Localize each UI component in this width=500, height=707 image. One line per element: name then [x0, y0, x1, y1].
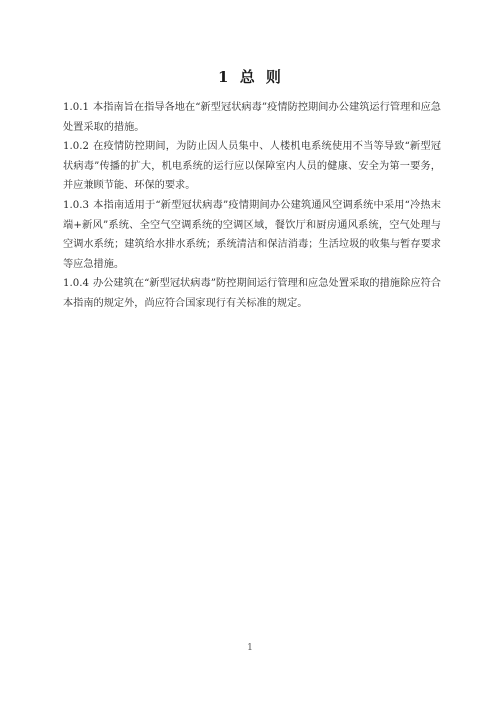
- clause-1-0-2: 1.0.2在疫情防控期间，为防止因人员集中、人楼机电系统使用不当等导致“新型冠状…: [63, 137, 441, 196]
- document-page: 1 总 则 1.0.1本指南旨在指导各地在“新型冠状病毒”疫情防控期间办公建筑运…: [0, 0, 500, 707]
- clause-1-0-4: 1.0.4办公建筑在“新型冠状病毒”防控期间运行管理和应急处置采取的措施除应符合…: [63, 274, 441, 313]
- clause-number: 1.0.2: [63, 141, 89, 152]
- clause-text: 本指南适用于“新型冠状病毒”疫情期间办公建筑通风空调系统中采用“冷热末端+新风”…: [63, 200, 441, 270]
- clause-number: 1.0.1: [63, 102, 89, 113]
- clause-number: 1.0.3: [63, 200, 89, 211]
- clause-number: 1.0.4: [63, 278, 89, 289]
- clause-text: 办公建筑在“新型冠状病毒”防控期间运行管理和应急处置采取的措施除应符合本指南的规…: [63, 278, 441, 309]
- clause-1-0-3: 1.0.3本指南适用于“新型冠状病毒”疫情期间办公建筑通风空调系统中采用“冷热末…: [63, 196, 441, 274]
- clause-text: 在疫情防控期间，为防止因人员集中、人楼机电系统使用不当等导致“新型冠状病毒”传播…: [63, 141, 441, 191]
- clause-text: 本指南旨在指导各地在“新型冠状病毒”疫情防控期间办公建筑运行管理和应急处置采取的…: [63, 102, 441, 133]
- page-number: 1: [0, 643, 500, 653]
- chapter-title: 1 总 则: [0, 66, 500, 87]
- clause-1-0-1: 1.0.1本指南旨在指导各地在“新型冠状病毒”疫情防控期间办公建筑运行管理和应急…: [63, 98, 441, 137]
- document-body: 1.0.1本指南旨在指导各地在“新型冠状病毒”疫情防控期间办公建筑运行管理和应急…: [63, 98, 441, 314]
